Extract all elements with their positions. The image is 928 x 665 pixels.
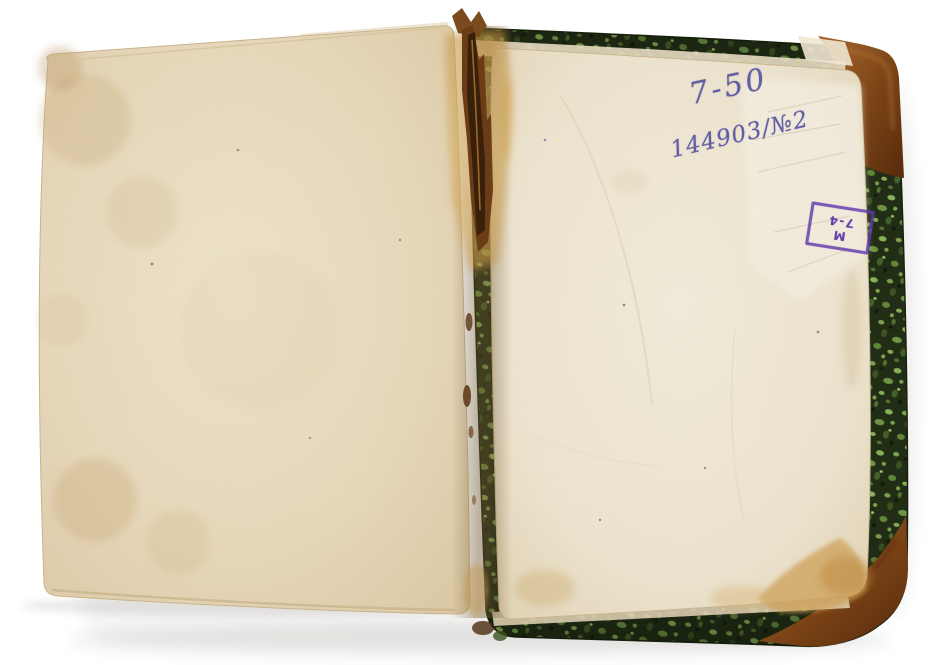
stamp-text: М 7-4 (825, 212, 855, 243)
book-illustration (0, 0, 928, 665)
photo-of-open-antique-book: 7-50 144903/№2 М 7-4 (0, 0, 928, 665)
stamp-line-2: 7-4 (827, 212, 855, 230)
